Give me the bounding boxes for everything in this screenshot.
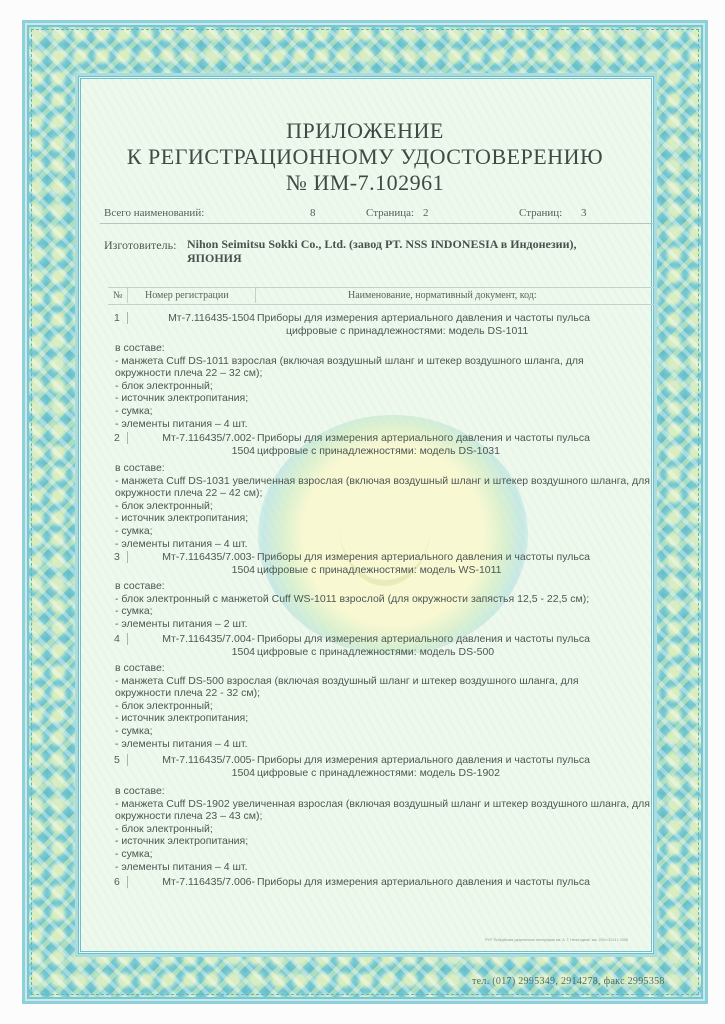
product-name-line-2: цифровые с принадлежностями: модель DS-1… [257,445,657,458]
product-name-line-2: цифровые с принадлежностями: модель DS-1… [257,325,657,338]
list-item: - блок электронный с манжетой Cuff WS-10… [115,593,655,606]
page-label: Страница: [366,207,414,219]
manufacturer-line-2: ЯПОНИЯ [187,251,637,265]
list-item: - источник электропитания; [115,712,655,725]
list-item: - элементы питания – 4 шт. [115,738,655,751]
list-item: - манжета Cuff DS-500 взрослая (включая … [115,675,635,700]
column-header-name: Наименование, нормативный документ, код: [348,290,537,301]
registration-number: Мт-7.116435/7.002- 1504 [131,432,255,458]
list-item: - манжета Cuff DS-1011 взрослая (включая… [115,355,635,380]
product-name-line-1: Приборы для измерения артериального давл… [257,754,590,766]
column-separator [127,432,128,444]
column-separator [127,633,128,645]
pages-value: 3 [581,207,587,219]
registration-number-part-1: Мт-7.116435/7.002- [162,432,255,444]
certificate-number: № ИМ-7.102961 [80,170,650,196]
page-value: 2 [423,207,429,219]
row-number: 3 [114,551,120,563]
pages-label: Страниц: [519,207,562,219]
components-list: в составе: - манжета Cuff DS-1011 взросл… [115,342,655,430]
column-separator [127,312,128,324]
registration-number-part-2: 1504 [232,564,255,576]
row-number: 4 [114,633,120,645]
product-name: Приборы для измерения артериального давл… [257,754,657,780]
registration-number-part-1: Мт-7.116435/7.005- [162,754,255,766]
product-name-line-2: цифровые с принадлежностями: модель WS-1… [257,564,657,577]
manufacturer-value: Nihon Seimitsu Sokki Co., Ltd. (завод PT… [187,237,637,265]
list-item: - манжета Cuff DS-1031 увеличенная взрос… [115,475,650,500]
column-separator [127,754,128,766]
list-item: - сумка; [115,405,655,418]
list-item: - элементы питания – 4 шт. [115,418,655,431]
registration-number-part-2: 1504 [232,646,255,658]
contact-phones: тел. (017) 2995349, 2914278, факс 299535… [472,976,665,987]
product-name-line-2: цифровые с принадлежностями: модель DS-1… [257,767,657,780]
list-item: в составе: [115,462,655,475]
registration-number: Мт-7.116435/7.006- [131,876,255,889]
product-name: Приборы для измерения артериального давл… [257,432,657,458]
divider [100,223,655,224]
column-header-reg: Номер регистрации [145,290,229,301]
product-name: Приборы для измерения артериального давл… [257,312,657,338]
column-header-no: № [113,290,123,301]
list-item: - сумка; [115,605,655,618]
registration-number: Мт-7.116435/7.005- 1504 [131,754,255,780]
document-title-line-1: ПРИЛОЖЕНИЕ [80,118,650,144]
row-number: 5 [114,754,120,766]
product-name-line-1: Приборы для измерения артериального давл… [257,312,590,324]
manufacturer-line-1: Nihon Seimitsu Sokki Co., Ltd. (завод PT… [187,237,637,251]
list-item: - сумка; [115,525,655,538]
product-name: Приборы для измерения артериального давл… [257,876,657,889]
total-items-label: Всего наименований: [104,207,204,219]
product-name-line-1: Приборы для измерения артериального давл… [257,633,590,645]
registration-number-part-2: 1504 [232,445,255,457]
product-name: Приборы для измерения артериального давл… [257,551,657,577]
components-list: в составе: - манжета Cuff DS-1902 увелич… [115,785,655,873]
list-item: - источник электропитания; [115,392,655,405]
column-separator [127,288,128,303]
product-name-line-1: Приборы для измерения артериального давл… [257,432,590,444]
list-item: - элементы питания – 4 шт. [115,538,655,551]
product-name-line-1: Приборы для измерения артериального давл… [257,876,590,888]
registration-number-part-1: Мт-7.116435/7.003- [162,551,255,563]
manufacturer-label: Изготовитель: [104,238,176,253]
product-name-line-1: Приборы для измерения артериального давл… [257,551,590,563]
list-item: - сумка; [115,725,655,738]
list-item: в составе: [115,785,655,798]
list-item: - сумка; [115,848,655,861]
list-item: - блок электронный; [115,700,655,713]
product-name: Приборы для измерения артериального давл… [257,633,657,659]
printer-imprint: РУП "Бобруйская укрупненная типография и… [485,938,628,942]
registration-number-part-1: Мт-7.116435/7.004- [162,633,255,645]
list-item: - источник электропитания; [115,512,655,525]
column-separator [255,288,256,303]
list-item: - манжета Cuff DS-1902 увеличенная взрос… [115,798,650,823]
registration-number: Мт-7.116435-1504 [131,312,255,325]
row-number: 1 [114,312,120,324]
components-list: в составе: - манжета Cuff DS-500 взросла… [115,662,655,750]
list-item: - элементы питания – 2 шт. [115,618,655,631]
list-item: - элементы питания – 4 шт. [115,861,655,874]
column-separator [127,876,128,888]
list-item: в составе: [115,342,655,355]
document-title-line-2: К РЕГИСТРАЦИОННОМУ УДОСТОВЕРЕНИЮ [80,144,650,170]
components-list: в составе: - манжета Cuff DS-1031 увелич… [115,462,655,550]
certificate-page: ПРИЛОЖЕНИЕ К РЕГИСТРАЦИОННОМУ УДОСТОВЕРЕ… [0,0,725,1024]
column-separator [127,551,128,563]
list-item: - блок электронный; [115,500,655,513]
list-item: - блок электронный; [115,380,655,393]
row-number: 6 [114,876,120,888]
registration-number-part-2: 1504 [232,767,255,779]
list-item: - блок электронный; [115,823,655,836]
row-number: 2 [114,432,120,444]
product-name-line-2: цифровые с принадлежностями: модель DS-5… [257,646,657,659]
total-items-value: 8 [310,207,316,219]
registration-number: Мт-7.116435/7.003- 1504 [131,551,255,577]
list-item: в составе: [115,580,655,593]
list-item: - источник электропитания; [115,835,655,848]
list-item: в составе: [115,662,655,675]
registration-number: Мт-7.116435/7.004- 1504 [131,633,255,659]
components-list: в составе: - блок электронный с манжетой… [115,580,655,630]
